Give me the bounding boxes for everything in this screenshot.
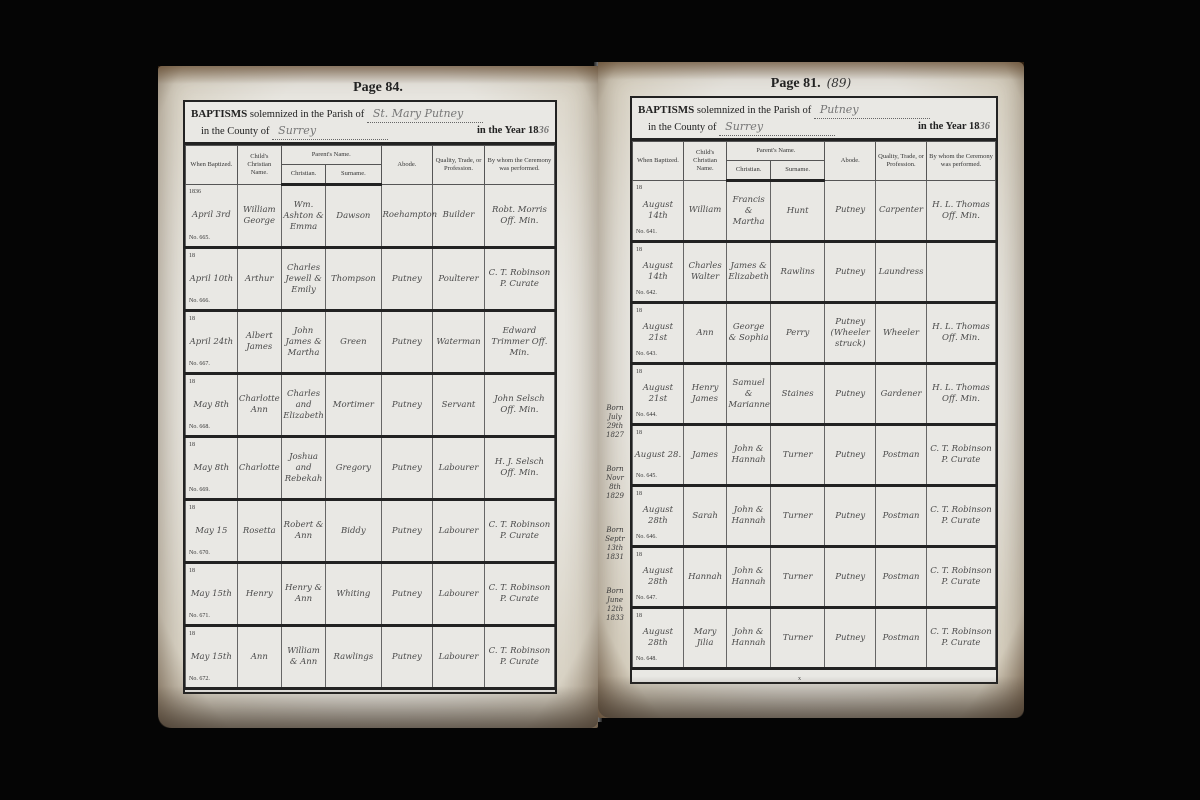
- parish-name: St. Mary Putney: [367, 106, 483, 123]
- trade: Postman: [876, 486, 927, 547]
- right-register-page: Page 81.(89) Born July 29th 1827Born Nov…: [598, 62, 1024, 718]
- col-by-whom: By whom the Ceremony was performed.: [484, 146, 554, 185]
- officiant: C. T. Robinson P. Curate: [926, 608, 995, 669]
- when-baptized-cell: 18August 21stNo. 643.: [633, 303, 684, 364]
- register-entry-row: 18May 15No. 670.RosettaRobert & AnnBiddy…: [186, 500, 555, 563]
- when-baptized-cell: 18May 15thNo. 672.: [186, 626, 238, 689]
- parents-christian: Robert & Ann: [281, 500, 325, 563]
- baptism-date: May 8th: [194, 463, 230, 473]
- abode: Putney: [381, 500, 433, 563]
- baptism-date: August 28th: [643, 505, 673, 526]
- when-baptized-cell: 1836April 3rdNo. 665.: [186, 185, 238, 248]
- abode: Putney: [381, 437, 433, 500]
- col-child: Child's Christian Name.: [237, 146, 281, 185]
- parish-name: Putney: [814, 102, 930, 119]
- parents-surname: Thompson: [326, 248, 381, 311]
- abode: Putney: [381, 563, 433, 626]
- parents-christian: John James & Martha: [281, 311, 325, 374]
- col-child: Child's Christian Name.: [683, 142, 727, 181]
- col-when: When Baptized.: [186, 146, 238, 185]
- trade: Labourer: [433, 626, 485, 689]
- officiant: C. T. Robinson P. Curate: [484, 563, 554, 626]
- entry-number: No. 668.: [189, 422, 210, 433]
- register-entry-row: 18August 14thNo. 641.WilliamFrancis & Ma…: [633, 181, 996, 242]
- entry-number: No. 669.: [189, 485, 210, 496]
- baptism-date: August 28th: [643, 566, 673, 587]
- officiant: H. J. Selsch Off. Min.: [484, 437, 554, 500]
- entry-year: 18: [189, 503, 195, 514]
- register-entry-row: 18August 28thNo. 646.SarahJohn & HannahT…: [633, 486, 996, 547]
- parents-surname: Perry: [770, 303, 824, 364]
- baptism-date: August 14th: [643, 261, 673, 282]
- child-name: James: [683, 425, 727, 486]
- child-name: William George: [237, 185, 281, 248]
- trade: Labourer: [433, 500, 485, 563]
- parents-surname: Turner: [770, 547, 824, 608]
- trade: Gardener: [876, 364, 927, 425]
- margin-birth-note: Born Septr 13th 1831: [602, 526, 628, 562]
- parents-christian: George & Sophia: [727, 303, 771, 364]
- trade: Wheeler: [876, 303, 927, 364]
- register-frame: BAPTISMS solemnized in the Parish of St.…: [183, 100, 557, 694]
- parents-surname: Mortimer: [326, 374, 381, 437]
- county-name: Surrey: [272, 123, 388, 140]
- when-baptized-cell: 18May 8thNo. 668.: [186, 374, 238, 437]
- parents-christian: James & Elizabeth: [727, 242, 771, 303]
- col-surname: Surname.: [326, 165, 381, 185]
- year-value: 36: [539, 125, 550, 136]
- abode: Putney: [825, 486, 876, 547]
- baptism-date: May 15th: [191, 652, 232, 662]
- officiant: H. L. Thomas Off. Min.: [926, 181, 995, 242]
- when-baptized-cell: 18May 15thNo. 671.: [186, 563, 238, 626]
- trade: Labourer: [433, 563, 485, 626]
- officiant: C. T. Robinson P. Curate: [484, 500, 554, 563]
- parents-surname: Biddy: [326, 500, 381, 563]
- margin-birth-note: Born July 29th 1827: [602, 404, 628, 440]
- page-number: Page 84.: [158, 80, 598, 96]
- baptism-table: When Baptized.Child's Christian Name.Par…: [185, 145, 555, 690]
- abode: Putney: [381, 374, 433, 437]
- abode: Putney: [381, 626, 433, 689]
- col-abode: Abode.: [825, 142, 876, 181]
- register-entry-row: 18August 21stNo. 644.Henry JamesSamuel &…: [633, 364, 996, 425]
- trade: Labourer: [433, 437, 485, 500]
- register-entry-row: 18August 14thNo. 642.Charles WalterJames…: [633, 242, 996, 303]
- officiant: H. L. Thomas Off. Min.: [926, 364, 995, 425]
- trade: Poulterer: [433, 248, 485, 311]
- entry-number: No. 642.: [636, 288, 657, 299]
- abode: Roehampton: [381, 185, 433, 248]
- page-number: Page 81.(89): [598, 76, 1024, 92]
- register-entry-row: 18April 24thNo. 667.Albert JamesJohn Jam…: [186, 311, 555, 374]
- child-name: Ann: [237, 626, 281, 689]
- trade: Builder: [433, 185, 485, 248]
- entry-year: 18: [636, 489, 642, 500]
- officiant: [926, 242, 995, 303]
- col-abode: Abode.: [381, 146, 433, 185]
- entry-number: No. 672.: [189, 674, 210, 685]
- when-baptized-cell: 18August 14thNo. 642.: [633, 242, 684, 303]
- baptism-date: May 15th: [191, 589, 232, 599]
- register-header: BAPTISMS solemnized in the Parish of Put…: [632, 98, 996, 141]
- abode: Putney: [825, 181, 876, 242]
- parents-surname: Turner: [770, 425, 824, 486]
- officiant: Edward Trimmer Off. Min.: [484, 311, 554, 374]
- parents-christian: Wm. Ashton & Emma: [281, 185, 325, 248]
- col-quality: Quality, Trade, or Profession.: [433, 146, 485, 185]
- register-entry-row: 18May 15thNo. 672.AnnWilliam & AnnRawlin…: [186, 626, 555, 689]
- burn-mark-bottom: [598, 676, 1024, 718]
- parents-christian: John & Hannah: [727, 486, 771, 547]
- officiant: C. T. Robinson P. Curate: [926, 547, 995, 608]
- parents-christian: John & Hannah: [727, 547, 771, 608]
- child-name: Henry: [237, 563, 281, 626]
- parents-christian: Henry & Ann: [281, 563, 325, 626]
- abode: Putney: [381, 248, 433, 311]
- parents-christian: Charles Jewell & Emily: [281, 248, 325, 311]
- officiant: C. T. Robinson P. Curate: [926, 425, 995, 486]
- col-surname: Surname.: [770, 161, 824, 181]
- entry-number: No. 643.: [636, 349, 657, 360]
- register-entry-row: 18August 28thNo. 647.HannahJohn & Hannah…: [633, 547, 996, 608]
- trade: Laundress: [876, 242, 927, 303]
- col-quality: Quality, Trade, or Profession.: [876, 142, 927, 181]
- child-name: Charles Walter: [683, 242, 727, 303]
- abode: Putney: [825, 242, 876, 303]
- register-entry-row: 18August 28.No. 645.JamesJohn & HannahTu…: [633, 425, 996, 486]
- child-name: Sarah: [683, 486, 727, 547]
- parents-surname: Dawson: [326, 185, 381, 248]
- baptism-date: April 10th: [190, 274, 234, 284]
- register-entry-row: 18May 15thNo. 671.HenryHenry & AnnWhitin…: [186, 563, 555, 626]
- parents-surname: Staines: [770, 364, 824, 425]
- child-name: Albert James: [237, 311, 281, 374]
- child-name: Rosetta: [237, 500, 281, 563]
- parents-christian: Charles and Elizabeth: [281, 374, 325, 437]
- entry-number: No. 670.: [189, 548, 210, 559]
- officiant: Robt. Morris Off. Min.: [484, 185, 554, 248]
- abode: Putney: [825, 608, 876, 669]
- entry-year: 18: [189, 251, 195, 262]
- child-name: Charlotte Ann: [237, 374, 281, 437]
- page-number-annotation: (89): [827, 76, 852, 90]
- year-value: 36: [980, 121, 991, 132]
- parents-christian: Joshua and Rebekah: [281, 437, 325, 500]
- trade: Postman: [876, 425, 927, 486]
- margin-birth-note: Born June 12th 1833: [602, 587, 628, 623]
- register-header: BAPTISMS solemnized in the Parish of St.…: [185, 102, 555, 145]
- register-entry-row: 18August 21stNo. 643.AnnGeorge & SophiaP…: [633, 303, 996, 364]
- entry-year: 18: [636, 550, 642, 561]
- register-entry-row: 18May 8thNo. 669.CharlotteJoshua and Reb…: [186, 437, 555, 500]
- parents-christian: Samuel & Marianne: [727, 364, 771, 425]
- col-christian: Christian.: [281, 165, 325, 185]
- col-parents: Parent's Name.: [727, 142, 825, 161]
- child-name: William: [683, 181, 727, 242]
- register-entry-row: 18August 28thNo. 648.Mary JiliaJohn & Ha…: [633, 608, 996, 669]
- when-baptized-cell: 18April 10thNo. 666.: [186, 248, 238, 311]
- register-entry-row: 1836April 3rdNo. 665.William GeorgeWm. A…: [186, 185, 555, 248]
- when-baptized-cell: 18May 8thNo. 669.: [186, 437, 238, 500]
- when-baptized-cell: 18May 15No. 670.: [186, 500, 238, 563]
- trade: Postman: [876, 608, 927, 669]
- entry-year: 18: [636, 306, 642, 317]
- abode: Putney: [825, 364, 876, 425]
- child-name: Arthur: [237, 248, 281, 311]
- parents-christian: John & Hannah: [727, 608, 771, 669]
- officiant: John Selsch Off. Min.: [484, 374, 554, 437]
- child-name: Mary Jilia: [683, 608, 727, 669]
- col-christian: Christian.: [727, 161, 771, 181]
- child-name: Hannah: [683, 547, 727, 608]
- abode: Putney (Wheeler struck): [825, 303, 876, 364]
- when-baptized-cell: 18August 28thNo. 646.: [633, 486, 684, 547]
- entry-year: 18: [636, 428, 642, 439]
- burn-mark-bottom: [158, 686, 598, 728]
- abode: Putney: [825, 547, 876, 608]
- child-name: Henry James: [683, 364, 727, 425]
- entry-year: 18: [189, 629, 195, 640]
- when-baptized-cell: 18April 24thNo. 667.: [186, 311, 238, 374]
- entry-number: No. 644.: [636, 410, 657, 421]
- entry-number: No. 646.: [636, 532, 657, 543]
- parents-surname: Hunt: [770, 181, 824, 242]
- entry-number: No. 648.: [636, 654, 657, 665]
- child-name: Charlotte: [237, 437, 281, 500]
- register-entry-row: 18April 10thNo. 666.ArthurCharles Jewell…: [186, 248, 555, 311]
- entry-number: No. 647.: [636, 593, 657, 604]
- baptism-date: April 24th: [190, 337, 234, 347]
- baptism-date: August 21st: [643, 383, 673, 404]
- abode: Putney: [381, 311, 433, 374]
- baptism-date: August 28th: [643, 627, 673, 648]
- entry-year: 18: [189, 440, 195, 451]
- parents-surname: Gregory: [326, 437, 381, 500]
- trade: Postman: [876, 547, 927, 608]
- baptism-table: When Baptized.Child's Christian Name.Par…: [632, 141, 996, 670]
- parents-surname: Rawlins: [770, 242, 824, 303]
- baptism-date: August 14th: [643, 200, 673, 221]
- officiant: C. T. Robinson P. Curate: [926, 486, 995, 547]
- officiant: C. T. Robinson P. Curate: [484, 248, 554, 311]
- parents-surname: Turner: [770, 486, 824, 547]
- baptism-date: August 28.: [635, 450, 682, 460]
- baptism-date: August 21st: [643, 322, 673, 343]
- county-name: Surrey: [719, 119, 835, 136]
- abode: Putney: [825, 425, 876, 486]
- entry-number: No. 666.: [189, 296, 210, 307]
- baptism-date: May 15: [195, 526, 227, 536]
- baptism-date: April 3rd: [192, 210, 231, 220]
- margin-birth-note: Born Novr 8th 1829: [602, 465, 628, 501]
- parents-surname: Green: [326, 311, 381, 374]
- entry-year: 18: [189, 377, 195, 388]
- child-name: Ann: [683, 303, 727, 364]
- officiant: H. L. Thomas Off. Min.: [926, 303, 995, 364]
- entry-year: 18: [189, 566, 195, 577]
- entry-year: 18: [636, 611, 642, 622]
- entry-number: No. 671.: [189, 611, 210, 622]
- register-entry-row: 18May 8thNo. 668.Charlotte AnnCharles an…: [186, 374, 555, 437]
- when-baptized-cell: 18August 28thNo. 647.: [633, 547, 684, 608]
- left-register-page: Page 84. BAPTISMS solemnized in the Pari…: [158, 66, 598, 728]
- parents-christian: John & Hannah: [727, 425, 771, 486]
- entry-number: No. 665.: [189, 233, 210, 244]
- trade: Carpenter: [876, 181, 927, 242]
- col-when: When Baptized.: [633, 142, 684, 181]
- parents-surname: Whiting: [326, 563, 381, 626]
- baptism-date: May 8th: [194, 400, 230, 410]
- parents-christian: Francis & Martha: [727, 181, 771, 242]
- when-baptized-cell: 18August 14thNo. 641.: [633, 181, 684, 242]
- when-baptized-cell: 18August 28.No. 645.: [633, 425, 684, 486]
- when-baptized-cell: 18August 28thNo. 648.: [633, 608, 684, 669]
- entry-year: 18: [636, 183, 642, 194]
- entry-year: 1836: [189, 187, 201, 198]
- when-baptized-cell: 18August 21stNo. 644.: [633, 364, 684, 425]
- col-parents: Parent's Name.: [281, 146, 381, 165]
- officiant: C. T. Robinson P. Curate: [484, 626, 554, 689]
- entry-year: 18: [189, 314, 195, 325]
- entry-year: 18: [636, 367, 642, 378]
- register-frame: BAPTISMS solemnized in the Parish of Put…: [630, 96, 998, 684]
- col-by-whom: By whom the Ceremony was performed.: [926, 142, 995, 181]
- entry-number: No. 645.: [636, 471, 657, 482]
- entry-number: No. 667.: [189, 359, 210, 370]
- parents-christian: William & Ann: [281, 626, 325, 689]
- trade: Servant: [433, 374, 485, 437]
- parents-surname: Turner: [770, 608, 824, 669]
- trade: Waterman: [433, 311, 485, 374]
- entry-number: No. 641.: [636, 227, 657, 238]
- parents-surname: Rawlings: [326, 626, 381, 689]
- entry-year: 18: [636, 245, 642, 256]
